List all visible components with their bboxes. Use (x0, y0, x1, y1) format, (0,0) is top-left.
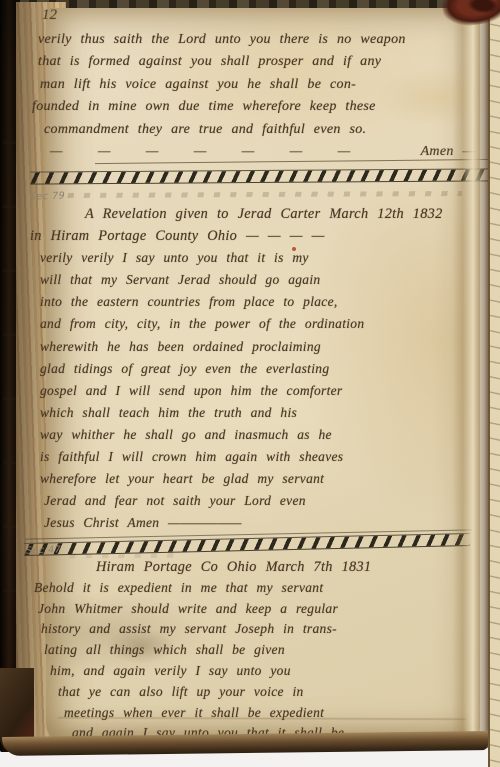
margin-note-sec-47: Sec 47 (26, 544, 62, 556)
handwritten-line: wherewith he has been ordained proclaimi… (40, 336, 484, 358)
photo-backdrop: 12 verily thus saith the Lord unto you t… (0, 0, 500, 767)
handwritten-line: into the eastern countries from place to… (40, 291, 484, 313)
manuscript-book: 12 verily thus saith the Lord unto you t… (0, 0, 500, 756)
adjacent-page-sliver (488, 0, 500, 767)
handwritten-line: that ye can also lift up your voice in (58, 682, 486, 703)
page-number: 12 (42, 7, 57, 24)
handwritten-line: and from city, city, in the power of the… (40, 313, 484, 335)
handwritten-line: founded in mine own due time wherefore k… (32, 96, 480, 118)
handwritten-line: man lift his voice against you he shall … (40, 74, 480, 96)
handwritten-line: verily verily I say unto you that it is … (40, 247, 484, 269)
handwritten-line: meetings when ever it shall be expedient (64, 703, 486, 724)
revelation-john-whitmer-text: Hiram Portage Co Ohio March 7th 1831Beho… (28, 557, 486, 744)
handwritten-line: commandment they are true and faithful e… (44, 119, 480, 141)
handwritten-line: Jerad and fear not saith your Lord even (44, 490, 484, 512)
handwritten-line: history and assist my servant Joseph in … (41, 619, 486, 640)
handwritten-line: Behold it is expedient in me that my ser… (34, 578, 486, 599)
revelation-conclusion-text: verily thus saith the Lord unto you ther… (38, 29, 480, 163)
red-ink-speck (292, 247, 296, 251)
handwritten-line: glad tidings of great joy even the everl… (40, 358, 484, 380)
handwritten-line: lating all things which shall be given (44, 640, 486, 661)
handwritten-line: him, and again verily I say unto you (50, 661, 486, 682)
handwritten-line: A Revelation given to Jerad Carter March… (85, 203, 484, 225)
handwritten-line: in Hiram Portage County Ohio — — — — (30, 225, 484, 247)
handwritten-line: is faithful I will crown him again with … (40, 446, 484, 468)
handwritten-line: will that my Servant Jerad should go aga… (40, 269, 484, 291)
revelation-jared-carter-text: A Revelation given to Jerad Carter March… (28, 203, 484, 534)
gutter-ink-bleed-marks (3, 90, 16, 630)
handwritten-line: verily thus saith the Lord unto you ther… (38, 29, 480, 51)
handwritten-line: which shall teach him the truth and his (40, 402, 484, 424)
handwritten-line: Hiram Portage Co Ohio March 7th 1831 (96, 557, 486, 578)
handwritten-line: John Whitmer should write and keep a reg… (38, 599, 486, 620)
handwritten-line: way whither he shall go and inasmuch as … (40, 424, 484, 446)
handwritten-line: gospel and I will send upon him the comf… (40, 380, 484, 402)
handwritten-line: that is formed against you shall prosper… (38, 51, 480, 73)
handwritten-line: wherefore let your heart be glad my serv… (40, 468, 484, 490)
margin-note-sec-79: Sec 79 (30, 190, 66, 202)
